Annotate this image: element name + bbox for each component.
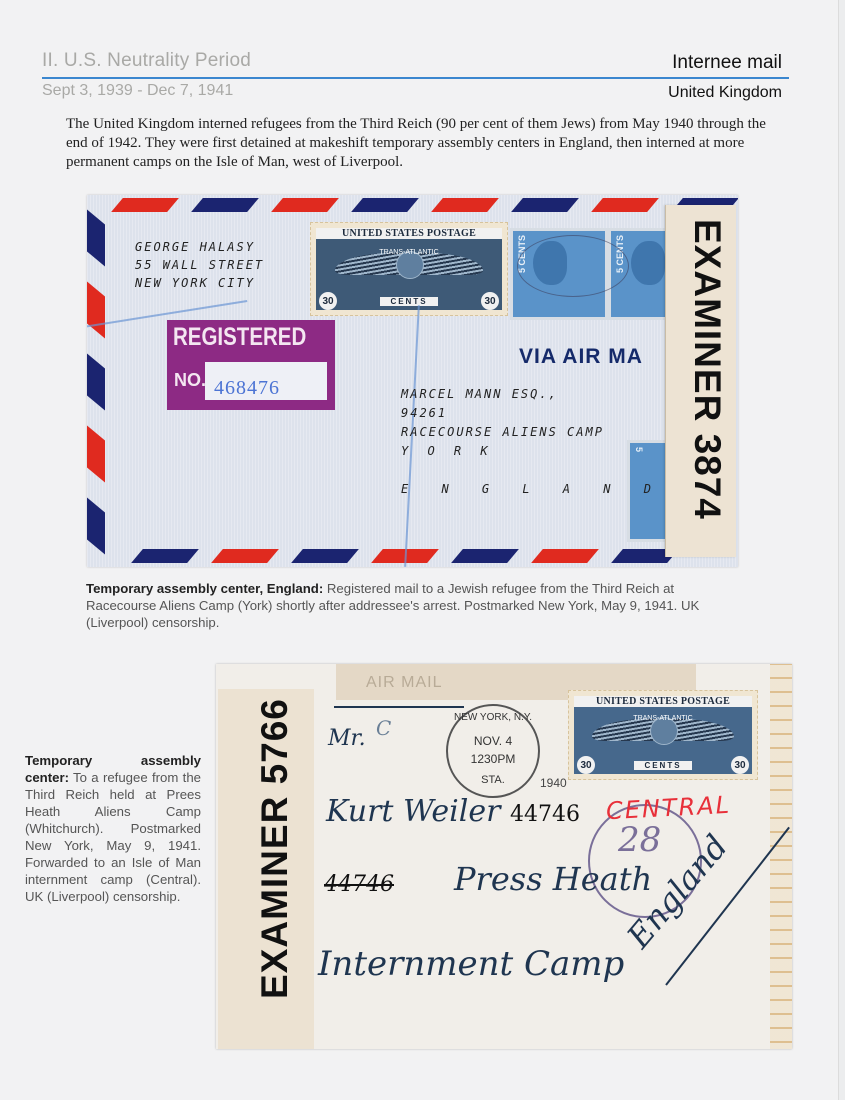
edge-stain (770, 664, 792, 1049)
country-subtitle: United Kingdom (668, 84, 782, 102)
camp-name: Internment Camp (318, 944, 624, 984)
winged-globe-icon: TRANS-ATLANTIC (335, 249, 484, 283)
caption-cover-1: Temporary assembly center, England: Regi… (86, 580, 746, 631)
winged-globe-icon: TRANS-ATLANTIC (592, 715, 734, 749)
airmail-border-top (87, 198, 738, 214)
airmail-border-left (87, 195, 109, 567)
caption-cover-2: Temporary assembly center: To a refugee … (25, 752, 201, 905)
trans-atlantic-30c-stamp: UNITED STATES POSTAGE TRANS-ATLANTIC 30 … (310, 222, 508, 316)
censor-tape-5766: EXAMINER 5766 (218, 689, 314, 1049)
registration-number: 468476 (214, 377, 280, 400)
recipient-address: MARCEL MANN ESQ., 94261 RACECOURSE ALIEN… (401, 385, 664, 499)
via-air-mail-label: VIA AIR MA (519, 345, 643, 369)
header-rule (42, 77, 789, 79)
sender-address: GEORGE HALASY 55 WALL STREET NEW YORK CI… (135, 238, 264, 292)
addressee-name: Kurt Weiler 44746 (326, 794, 580, 829)
censor-tape-3874: EXAMINER 3874 (665, 205, 736, 557)
place-name: Press Heath (454, 860, 652, 898)
section-title: II. U.S. Neutrality Period (42, 50, 251, 72)
trans-atlantic-30c-stamp: UNITED STATES POSTAGE TRANS-ATLANTIC 30 … (568, 690, 758, 780)
album-page: II. U.S. Neutrality Period Sept 3, 1939 … (0, 0, 839, 1100)
date-range: Sept 3, 1939 - Dec 7, 1941 (42, 82, 233, 100)
registered-airmail-cover: GEORGE HALASY 55 WALL STREET NEW YORK CI… (87, 195, 738, 567)
postmark-cancel (517, 235, 629, 297)
intro-paragraph: The United Kingdom interned refugees fro… (66, 115, 786, 172)
central-camp-mark: CENTRAL (605, 791, 731, 826)
topic-title: Internee mail (672, 52, 782, 74)
postmark-year: 1940 (540, 776, 567, 790)
forwarded-internee-cover: AIR MAIL EXAMINER 5766 Mr. C NEW YORK, N… (216, 664, 792, 1049)
portrait-icon (631, 241, 665, 285)
registered-handstamp: REGISTERED NO. 468476 (167, 320, 335, 410)
airmail-border-bottom (87, 549, 738, 565)
new-york-postmark: NEW YORK, N.Y. NOV. 4 1230PM STA. (446, 704, 540, 798)
struck-number: 44746 (324, 872, 394, 897)
